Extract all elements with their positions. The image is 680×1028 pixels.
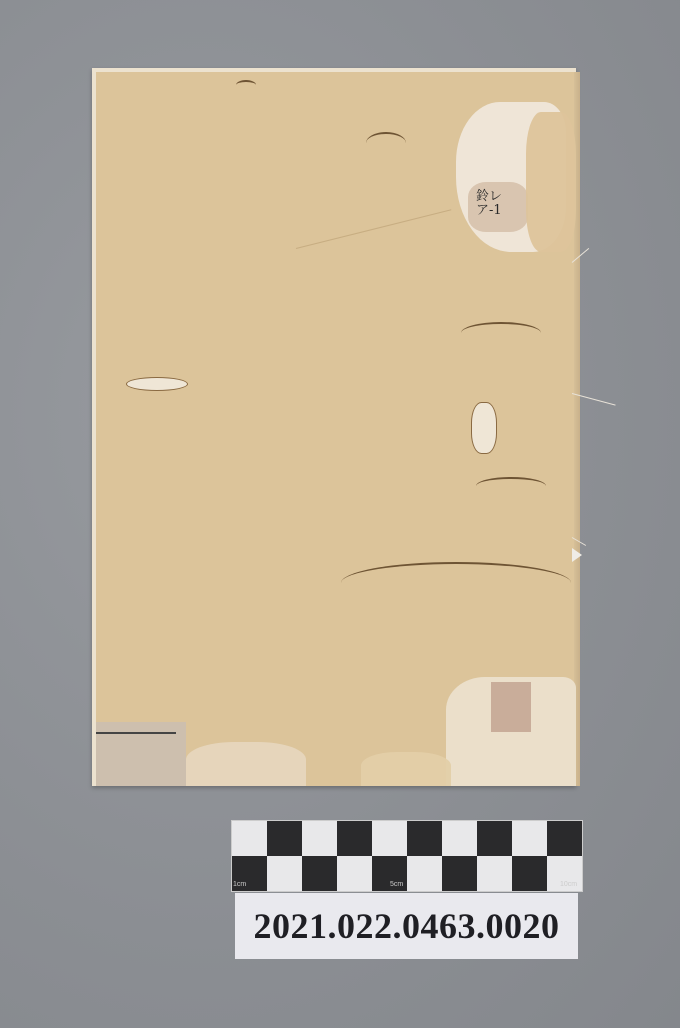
- scale-square: [302, 821, 337, 856]
- scale-square: [477, 856, 512, 891]
- scale-square: [372, 821, 407, 856]
- scale-square: [302, 856, 337, 891]
- scale-square: [337, 821, 372, 856]
- scale-square: [407, 821, 442, 856]
- scale-square: [267, 856, 302, 891]
- worm-hole: [471, 402, 497, 454]
- ruled-line: [96, 732, 176, 734]
- scale-square: [337, 856, 372, 891]
- scale-label-middle: 5cm: [390, 881, 403, 888]
- scale-label-end: 10cm: [560, 881, 577, 888]
- crease-line: [296, 209, 451, 249]
- worm-track: [236, 80, 256, 90]
- scale-square: [267, 821, 302, 856]
- scale-square: [477, 821, 512, 856]
- scale-bar: [231, 820, 583, 892]
- worm-track: [461, 322, 541, 344]
- worm-track: [341, 562, 571, 604]
- scale-square: [512, 856, 547, 891]
- loose-flap-top-right: [526, 112, 576, 252]
- underpage-bottom-right: [491, 682, 531, 732]
- scale-square: [442, 856, 477, 891]
- scale-label-start: 1cm: [233, 881, 246, 888]
- scale-square: [547, 821, 582, 856]
- damage-bottom-mid: [361, 752, 451, 786]
- catalog-number-label: 2021.022.0463.0020: [235, 893, 578, 959]
- worm-track: [476, 477, 546, 495]
- book-cover: 鈴レ ア-1: [92, 68, 576, 786]
- scale-square: [512, 821, 547, 856]
- damage-bottom-center: [186, 742, 306, 786]
- stamp-text: 鈴レ ア-1: [476, 190, 502, 218]
- worm-hole: [126, 377, 188, 391]
- scale-square: [232, 821, 267, 856]
- scale-square: [407, 856, 442, 891]
- scale-square: [442, 821, 477, 856]
- worm-track: [366, 132, 406, 154]
